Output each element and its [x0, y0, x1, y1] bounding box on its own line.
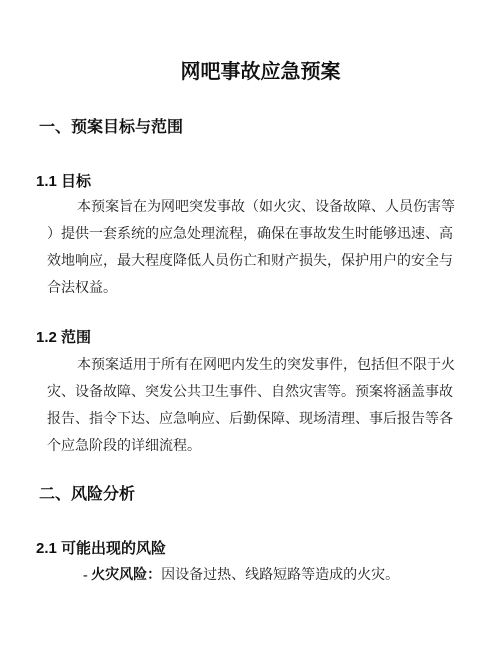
paragraph-scope: 本预案适用于所有在网吧内发生的突发事件，包括但不限于火 灾、设备故障、突发公共卫… — [47, 352, 500, 460]
section-heading-1: 一、预案目标与范围 — [0, 119, 500, 136]
subsection-heading-1-2: 1.2 范围 — [0, 330, 500, 346]
paragraph-objective: 本预案旨在为网吧突发事故（如火灾、设备故障、人员伤害等 ）提供一套系统的应急处理… — [47, 194, 500, 302]
risk-list-item: - 火灾风险：因设备过热、线路短路等造成的火灾。 — [47, 562, 500, 589]
risk-item-text: 因设备过热、线路短路等造成的火灾。 — [161, 568, 399, 583]
subsection-heading-2-1: 2.1 可能出现的风险 — [0, 541, 500, 557]
document-title: 网吧事故应急预案 — [0, 0, 500, 83]
risk-item-label: - 火灾风险： — [83, 568, 161, 583]
document-page: 网吧事故应急预案 一、预案目标与范围 1.1 目标 本预案旨在为网吧突发事故（如… — [0, 0, 500, 647]
subsection-heading-1-1: 1.1 目标 — [0, 174, 500, 190]
section-heading-2: 二、风险分析 — [0, 486, 500, 503]
